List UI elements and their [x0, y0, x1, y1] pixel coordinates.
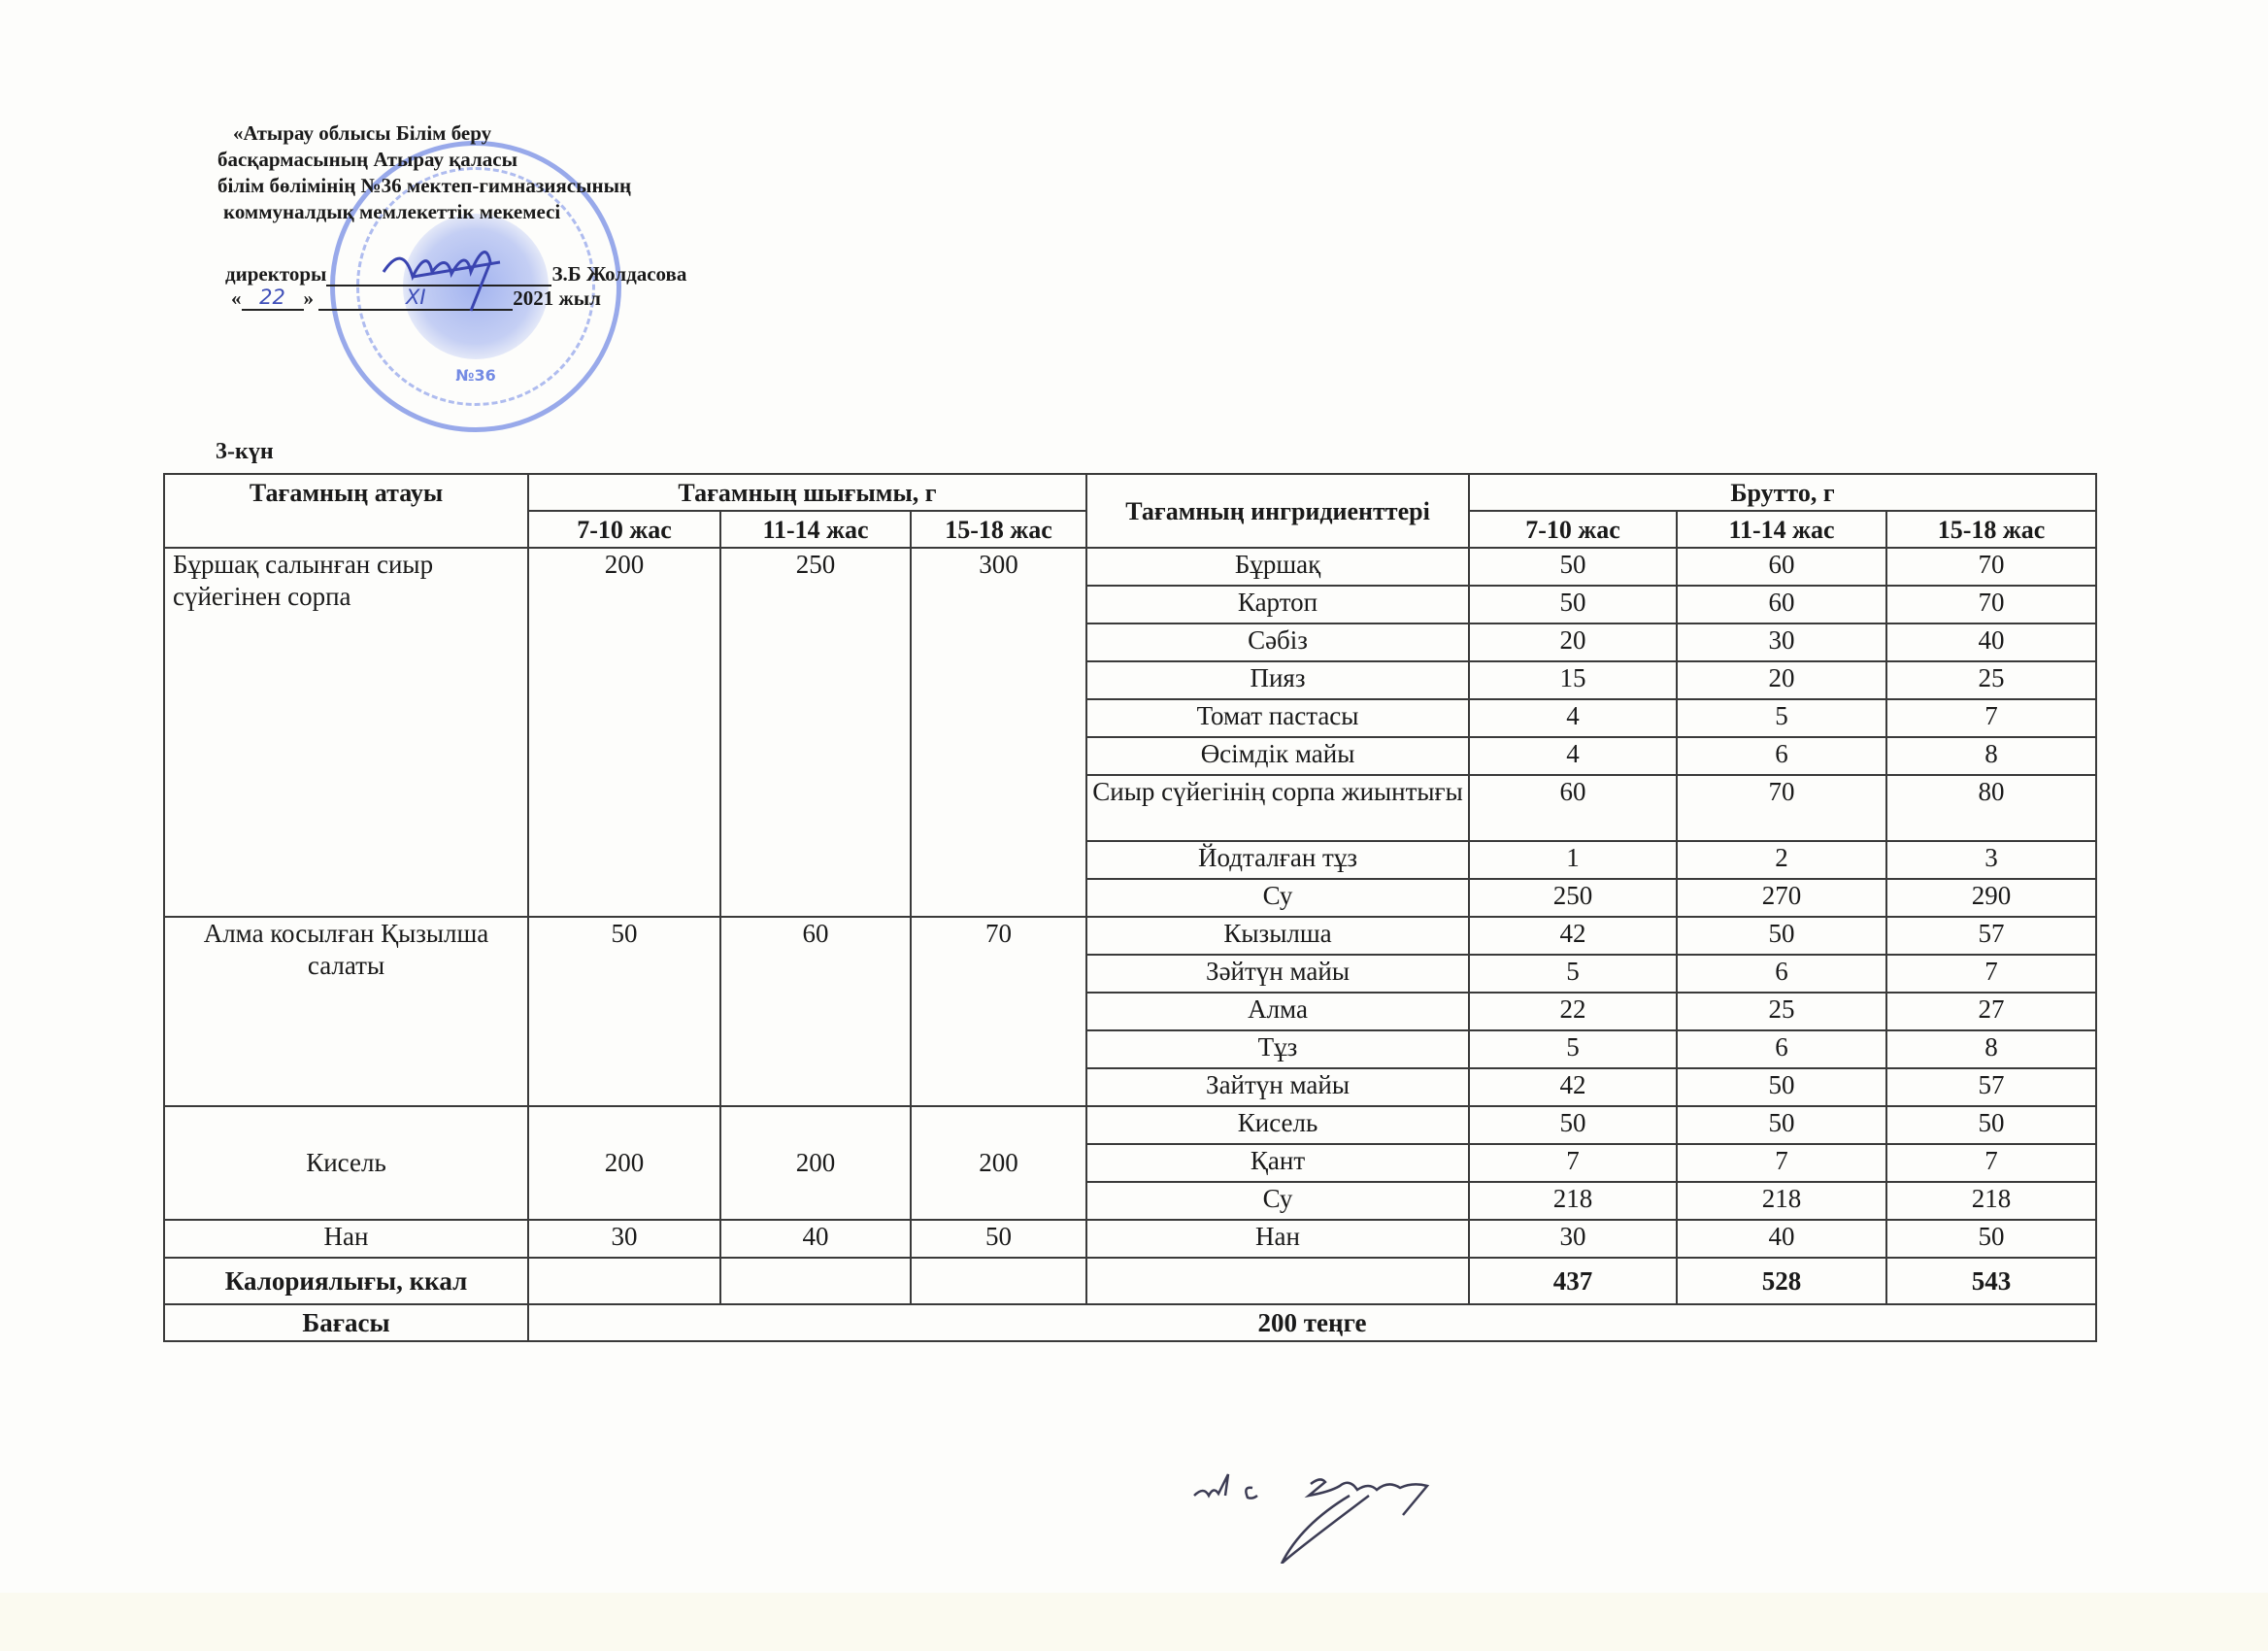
ingredient-gross: 57 [1886, 1068, 2096, 1106]
ingredient-gross: 250 [1469, 879, 1677, 917]
calories-value: 543 [1886, 1258, 2096, 1304]
approval-line: «Атырау облысы Білім беру [204, 120, 786, 147]
bottom-signature-icon [1184, 1457, 1515, 1564]
ingredient-name: Кызылша [1086, 917, 1469, 955]
ingredient-gross: 22 [1469, 993, 1677, 1030]
header-gross-age: 7-10 жас [1469, 511, 1677, 548]
ingredient-gross: 218 [1677, 1182, 1886, 1220]
price-value: 200 теңге [528, 1304, 2096, 1341]
day-label: 3-күн [216, 439, 274, 465]
dish-name: Бұршақ салынған сиыр сүйегінен сорпа [164, 548, 528, 917]
header-dish-name: Тағамның атауы [164, 474, 528, 548]
header-gross-age: 15-18 жас [1886, 511, 2096, 548]
table-row: Бұршақ салынған сиыр сүйегінен сорпа2002… [164, 548, 2096, 586]
dish-name: Кисель [164, 1106, 528, 1220]
header-gross: Брутто, г [1469, 474, 2096, 511]
director-name: З.Б Жолдасова [551, 262, 686, 286]
ingredient-gross: 50 [1677, 1106, 1886, 1144]
ingredient-gross: 5 [1469, 1030, 1677, 1068]
price-row: Бағасы200 теңге [164, 1304, 2096, 1341]
ingredient-gross: 60 [1677, 586, 1886, 623]
ingredient-gross: 30 [1677, 623, 1886, 661]
dish-yield: 60 [720, 917, 911, 1106]
ingredient-gross: 40 [1677, 1220, 1886, 1258]
calories-value: 437 [1469, 1258, 1677, 1304]
price-label: Бағасы [164, 1304, 528, 1341]
ingredient-gross: 8 [1886, 1030, 2096, 1068]
ingredient-gross: 6 [1677, 955, 1886, 993]
ingredient-name: Тұз [1086, 1030, 1469, 1068]
ingredient-gross: 70 [1677, 775, 1886, 841]
ingredient-gross: 5 [1677, 699, 1886, 737]
header-yield-age: 11-14 жас [720, 511, 911, 548]
quote-open: « [231, 286, 242, 310]
ingredient-gross: 4 [1469, 699, 1677, 737]
ingredient-gross: 1 [1469, 841, 1677, 879]
ingredient-gross: 290 [1886, 879, 2096, 917]
ingredient-name: Бұршақ [1086, 548, 1469, 586]
ingredient-name: Картоп [1086, 586, 1469, 623]
ingredient-gross: 60 [1677, 548, 1886, 586]
calories-value: 528 [1677, 1258, 1886, 1304]
ingredient-gross: 7 [1886, 955, 2096, 993]
ingredient-gross: 270 [1677, 879, 1886, 917]
ingredient-name: Өсімдік майы [1086, 737, 1469, 775]
ingredient-gross: 40 [1886, 623, 2096, 661]
ingredient-gross: 218 [1469, 1182, 1677, 1220]
empty-cell [720, 1258, 911, 1304]
empty-cell [911, 1258, 1086, 1304]
dish-name: Нан [164, 1220, 528, 1258]
ingredient-gross: 50 [1677, 917, 1886, 955]
ingredient-name: Қант [1086, 1144, 1469, 1182]
ingredient-gross: 42 [1469, 917, 1677, 955]
dish-yield: 200 [911, 1106, 1086, 1220]
ingredient-gross: 60 [1469, 775, 1677, 841]
dish-yield: 200 [720, 1106, 911, 1220]
scan-background-tint [0, 1593, 2268, 1651]
ingredient-gross: 50 [1469, 548, 1677, 586]
table-row: Нан304050Нан304050 [164, 1220, 2096, 1258]
ingredient-gross: 7 [1677, 1144, 1886, 1182]
header-yield-age: 7-10 жас [528, 511, 720, 548]
ingredient-gross: 7 [1469, 1144, 1677, 1182]
ingredient-gross: 57 [1886, 917, 2096, 955]
header-yield-age: 15-18 жас [911, 511, 1086, 548]
ingredient-gross: 6 [1677, 1030, 1886, 1068]
approval-line: білім бөлімінің №36 мектеп-гимназиясының [204, 173, 786, 199]
dish-name: Алма косылған Қызылша салаты [164, 917, 528, 1106]
ingredient-name: Сәбіз [1086, 623, 1469, 661]
ingredient-gross: 42 [1469, 1068, 1677, 1106]
director-signature-icon [374, 233, 519, 320]
header-gross-age: 11-14 жас [1677, 511, 1886, 548]
ingredient-gross: 50 [1886, 1106, 2096, 1144]
approval-block: «Атырау облысы Білім беру басқармасының … [204, 120, 786, 225]
approval-line: коммуналдық мемлекеттік мекемесі [204, 199, 786, 225]
ingredient-name: Кисель [1086, 1106, 1469, 1144]
ingredient-gross: 20 [1469, 623, 1677, 661]
date-year: 2021 жыл [513, 286, 601, 310]
dish-yield: 40 [720, 1220, 911, 1258]
approval-line: басқармасының Атырау қаласы [204, 147, 786, 173]
ingredient-gross: 6 [1677, 737, 1886, 775]
ingredient-gross: 50 [1469, 1106, 1677, 1144]
ingredient-gross: 4 [1469, 737, 1677, 775]
ingredient-gross: 15 [1469, 661, 1677, 699]
ingredient-gross: 50 [1469, 586, 1677, 623]
ingredient-gross: 80 [1886, 775, 2096, 841]
ingredient-gross: 25 [1677, 993, 1886, 1030]
ingredient-gross: 5 [1469, 955, 1677, 993]
ingredient-gross: 50 [1886, 1220, 2096, 1258]
header-ingredients: Тағамның ингридиенттері [1086, 474, 1469, 548]
menu-table: Тағамның атауы Тағамның шығымы, г Тағамн… [163, 473, 2097, 1342]
ingredient-name: Су [1086, 1182, 1469, 1220]
menu-table-body: Бұршақ салынған сиыр сүйегінен сорпа2002… [164, 548, 2096, 1341]
ingredient-gross: 3 [1886, 841, 2096, 879]
ingredient-gross: 2 [1677, 841, 1886, 879]
calories-row: Калориялығы, ккал437528543 [164, 1258, 2096, 1304]
ingredient-name: Су [1086, 879, 1469, 917]
ingredient-gross: 50 [1677, 1068, 1886, 1106]
ingredient-gross: 7 [1886, 699, 2096, 737]
ingredient-gross: 70 [1886, 586, 2096, 623]
ingredient-gross: 20 [1677, 661, 1886, 699]
ingredient-gross: 70 [1886, 548, 2096, 586]
ingredient-name: Сиыр сүйегінің сорпа жиынтығы [1086, 775, 1469, 841]
ingredient-name: Зайтүн майы [1086, 1068, 1469, 1106]
quote-close: » [304, 286, 315, 310]
ingredient-gross: 30 [1469, 1220, 1677, 1258]
dish-yield: 200 [528, 1106, 720, 1220]
ingredient-gross: 8 [1886, 737, 2096, 775]
ingredient-gross: 27 [1886, 993, 2096, 1030]
ingredient-gross: 7 [1886, 1144, 2096, 1182]
empty-cell [528, 1258, 720, 1304]
dish-yield: 30 [528, 1220, 720, 1258]
dish-yield: 200 [528, 548, 720, 917]
table-row: Алма косылған Қызылша салаты506070Кызылш… [164, 917, 2096, 955]
dish-yield: 70 [911, 917, 1086, 1106]
ingredient-name: Нан [1086, 1220, 1469, 1258]
ingredient-name: Зәйтүн майы [1086, 955, 1469, 993]
stamp-number: №36 [335, 366, 617, 385]
ingredient-name: Йодталған тұз [1086, 841, 1469, 879]
ingredient-gross: 25 [1886, 661, 2096, 699]
ingredient-name: Пияз [1086, 661, 1469, 699]
ingredient-name: Алма [1086, 993, 1469, 1030]
dish-yield: 300 [911, 548, 1086, 917]
date-day: 22 [242, 286, 304, 311]
director-label: директоры [225, 262, 326, 286]
dish-yield: 50 [528, 917, 720, 1106]
dish-yield: 250 [720, 548, 911, 917]
ingredient-gross: 218 [1886, 1182, 2096, 1220]
header-yield: Тағамның шығымы, г [528, 474, 1086, 511]
empty-cell [1086, 1258, 1469, 1304]
ingredient-name: Томат пастасы [1086, 699, 1469, 737]
calories-label: Калориялығы, ккал [164, 1258, 528, 1304]
dish-yield: 50 [911, 1220, 1086, 1258]
table-row: Кисель200200200Кисель505050 [164, 1106, 2096, 1144]
